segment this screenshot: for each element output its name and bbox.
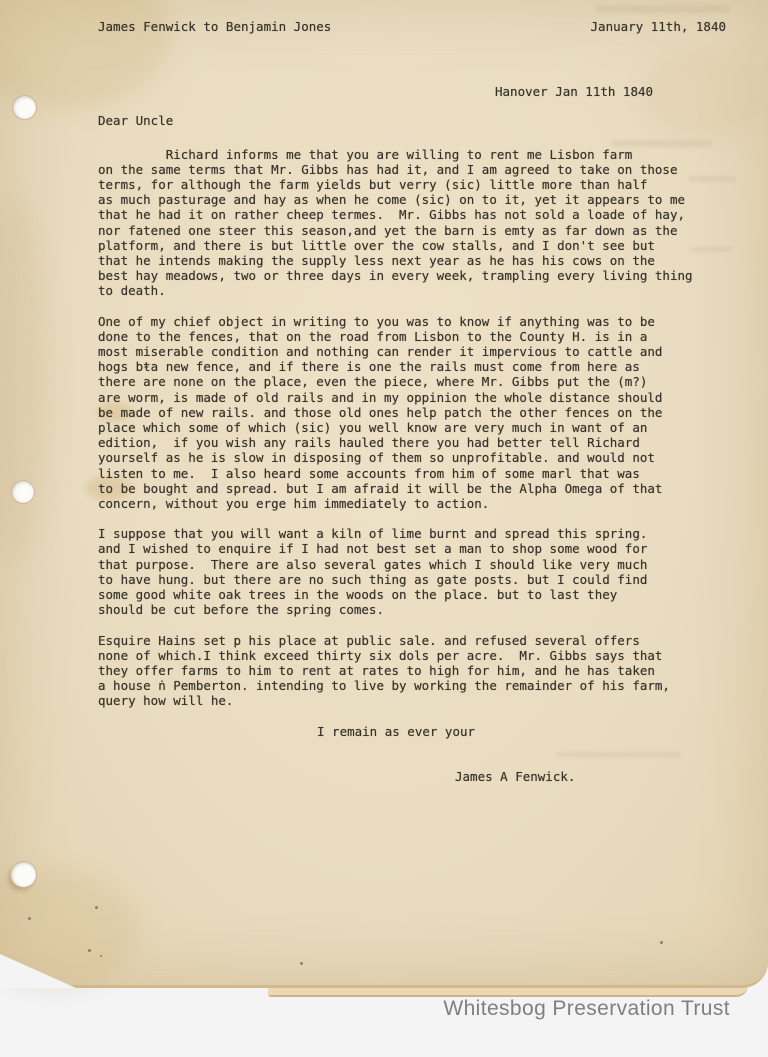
letter-paragraph-1: Richard informs me that you are willing … bbox=[98, 147, 726, 299]
letter-salutation: Dear Uncle bbox=[98, 113, 726, 128]
letter-header-from-to: James Fenwick to Benjamin Jones bbox=[98, 19, 331, 34]
letter-header: James Fenwick to Benjamin Jones January … bbox=[98, 0, 726, 34]
letter-paragraph-2: One of my chief object in writing to you… bbox=[98, 314, 726, 512]
punch-hole-top bbox=[13, 96, 36, 119]
letter-header-date: January 11th, 1840 bbox=[591, 19, 726, 34]
letter-paragraph-3: I suppose that you will want a kiln of l… bbox=[98, 526, 726, 617]
letter-dateline: Hanover Jan 11th 1840 bbox=[495, 84, 726, 99]
paper-speck bbox=[660, 941, 663, 944]
paper-speck bbox=[88, 949, 91, 952]
paper-stain bbox=[0, 200, 50, 560]
punch-hole-bottom bbox=[11, 862, 36, 887]
paper-speck bbox=[28, 917, 31, 920]
letter-signature: James A Fenwick. bbox=[455, 769, 726, 784]
archive-credit-label: Whitesbog Preservation Trust bbox=[443, 997, 730, 1021]
letter-body: James Fenwick to Benjamin Jones January … bbox=[98, 0, 726, 784]
paper-speck bbox=[100, 955, 102, 957]
letter-closing: I remain as ever your bbox=[317, 724, 726, 739]
paper-sheet: James Fenwick to Benjamin Jones January … bbox=[0, 0, 768, 988]
archive-footer: Whitesbog Preservation Trust bbox=[0, 985, 768, 1057]
paper-speck bbox=[95, 906, 98, 909]
punch-hole-middle bbox=[12, 481, 34, 503]
paper-speck bbox=[300, 962, 303, 965]
letter-paragraph-4: Esquire Hains set p his place at public … bbox=[98, 633, 726, 709]
